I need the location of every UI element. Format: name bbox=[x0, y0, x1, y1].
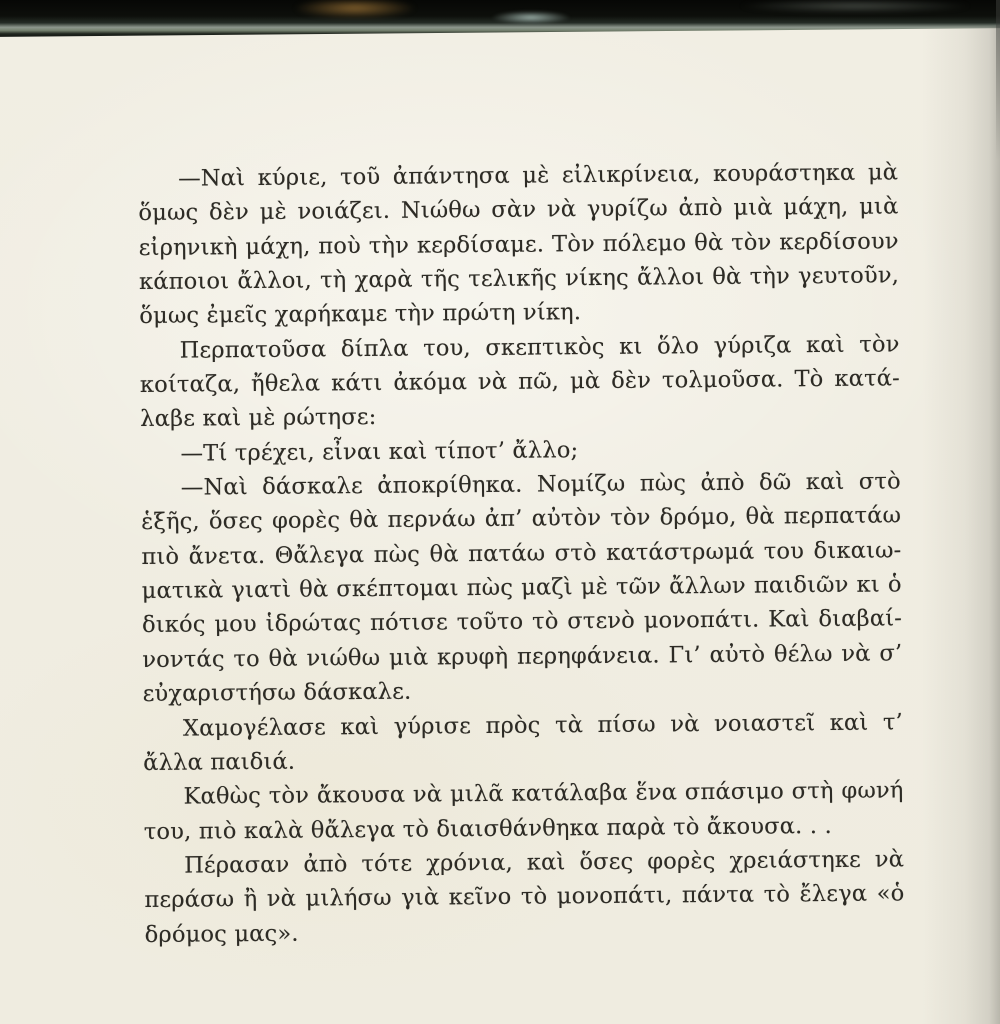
page-text-block: —Ναὶ κύριε, τοῦ ἀπάντησα μὲ εἰλικρίνεια,… bbox=[138, 155, 905, 952]
paragraph: —Ναὶ κύριε, τοῦ ἀπάντησα μὲ εἰλικρίνεια,… bbox=[138, 155, 899, 333]
scan-edge-teal-reflection bbox=[492, 11, 570, 24]
paragraph: Περπατοῦσα δίπλα του, σκεπτικὸς κι ὅλο γ… bbox=[139, 327, 900, 437]
text-line: περάσω ἢ νὰ μιλήσω γιὰ κεῖνο τὸ μονοπάτι… bbox=[144, 877, 904, 918]
page-curl-shadow bbox=[922, 26, 1000, 1024]
text-line: δρόμος μας». bbox=[145, 911, 905, 952]
text-line: νοντάς το θὰ νιώθω μιὰ κρυφὴ περηφάνεια.… bbox=[142, 636, 902, 677]
page-edge-line bbox=[996, 0, 1000, 160]
paragraph: —Ναὶ δάσκαλε ἀποκρίθηκα. Νομίζω πὼς ἀπὸ … bbox=[141, 464, 903, 711]
text-line: κοίταζα, ἤθελα κάτι ἀκόμα νὰ πῶ, μὰ δὲν … bbox=[140, 361, 900, 402]
scan-edge-gray-streak bbox=[740, 0, 970, 12]
paragraph: Πέρασαν ἀπὸ τότε χρόνια, καὶ ὅσες φορὲς … bbox=[144, 842, 905, 952]
paragraph: Χαμογέλασε καὶ γύρισε πρὸς τὰ πίσω νὰ νο… bbox=[143, 705, 904, 780]
scan-edge-tan-reflection bbox=[295, 0, 415, 18]
scanned-book-page: { "page": { "description_label": "", "pa… bbox=[0, 0, 1000, 1024]
text-line: κάποιοι ἄλλοι, τὴ χαρὰ τῆς τελικῆς νίκης… bbox=[139, 258, 899, 299]
paragraph: Καθὼς τὸν ἄκουσα νὰ μιλᾶ κατάλαβα ἕνα σπ… bbox=[143, 774, 904, 849]
text-line: Χαμογέλασε καὶ γύρισε πρὸς τὰ πίσω νὰ νο… bbox=[143, 705, 903, 746]
